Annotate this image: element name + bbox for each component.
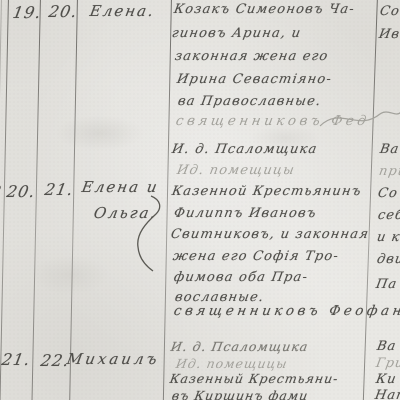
parents-text-line: Ид. помещицы bbox=[175, 356, 289, 371]
margin-column-fragment: Ки bbox=[375, 372, 398, 387]
margin-column-fragment: дви bbox=[376, 252, 400, 267]
entry-number-left: 21. bbox=[0, 350, 32, 369]
margin-column-fragment: при bbox=[378, 164, 400, 179]
margin-column-fragment: себ bbox=[377, 208, 400, 223]
name-cell: Михаилъ bbox=[65, 350, 161, 368]
entry-number-right: 20. bbox=[47, 2, 79, 21]
margin-column-fragment: Нат bbox=[374, 388, 400, 400]
clergy-note-line: священниковъ Феофанъ bbox=[173, 303, 400, 319]
margin-column-fragment: Па bbox=[375, 277, 399, 292]
parents-text-line: гиновъ Арина, и bbox=[171, 26, 303, 41]
parents-text-line: Казенный Крестьяни- bbox=[169, 371, 340, 386]
parents-text-line: въ Киршинъ фами bbox=[171, 388, 310, 400]
parents-text-line: И. д. Псаломщика bbox=[171, 142, 319, 157]
parents-text-line: И. д. Псаломщика bbox=[170, 339, 310, 354]
margin-column-fragment: Ив bbox=[378, 27, 400, 42]
parents-text-line: Казенной Крестьянинъ bbox=[171, 184, 363, 199]
parents-text-line: жена его Софія Тро- bbox=[172, 249, 341, 264]
ink-smudge bbox=[30, 255, 110, 295]
parents-text-line: Свитниковъ, и законная bbox=[170, 227, 371, 242]
parents-text-line: Филиппъ Ивановъ bbox=[173, 206, 318, 221]
parents-text-line: Ид. помещицы bbox=[176, 163, 297, 178]
parents-text-line: Козакъ Симеоновъ Ча- bbox=[173, 2, 357, 17]
scanned-register-page: 19. 20. Елена. Козакъ Симеоновъ Ча- гино… bbox=[0, 0, 400, 400]
margin-column-fragment: Ва bbox=[376, 339, 398, 354]
margin-column-fragment: Со bbox=[377, 186, 399, 201]
margin-column-fragment: Со bbox=[379, 4, 400, 19]
margin-column-fragment: Ва bbox=[379, 142, 400, 157]
margin-column-fragment: Гри bbox=[375, 356, 400, 371]
parents-text-line: Ирина Севастіяно- bbox=[176, 72, 334, 87]
column-rule bbox=[69, 0, 78, 400]
entry-number-left: 19. bbox=[11, 3, 43, 22]
entry-number-right: 21. bbox=[43, 180, 75, 199]
parents-text-line: ва Православные. bbox=[177, 94, 323, 109]
name-cell: Елена. bbox=[88, 2, 156, 20]
entry-number-left: 20. bbox=[5, 182, 37, 201]
ink-smudge bbox=[55, 115, 145, 151]
parents-text-line: законная жена его bbox=[174, 49, 330, 64]
brace-icon bbox=[131, 194, 169, 276]
pen-flourish bbox=[318, 104, 400, 134]
parents-text-line: фимова оба Пра- bbox=[173, 270, 310, 285]
margin-column-fragment: и к bbox=[376, 230, 400, 245]
